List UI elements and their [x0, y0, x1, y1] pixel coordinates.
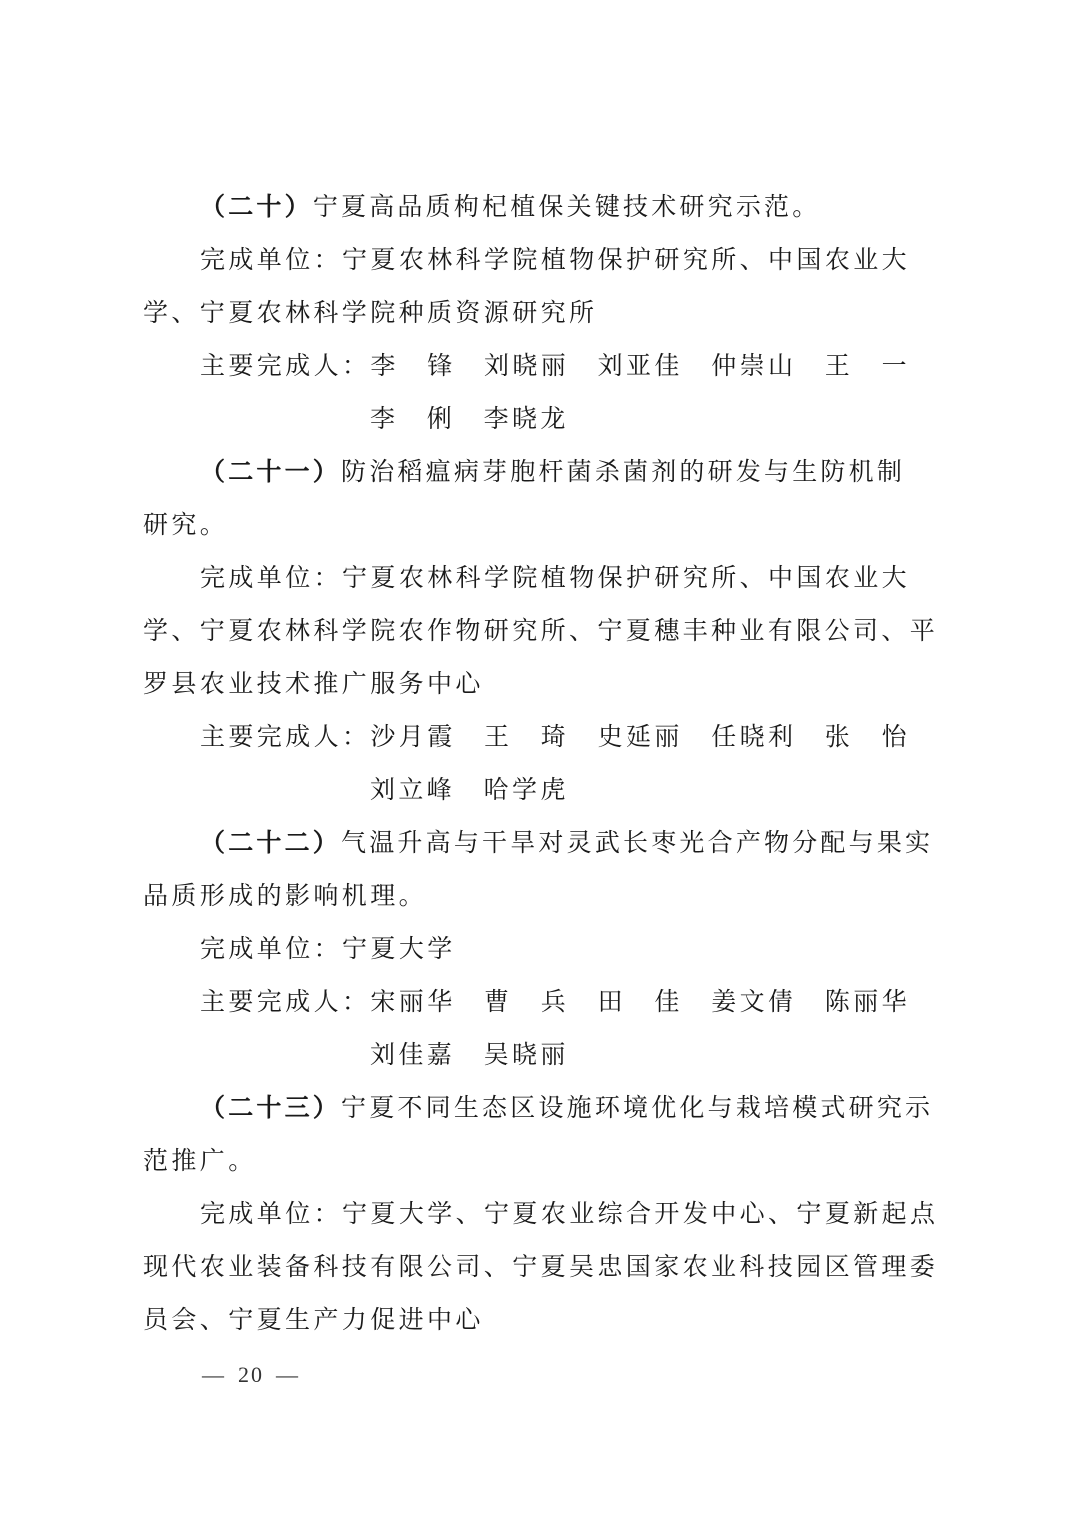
people-line: 主要完成人：沙月霞 王 琦 史延丽 任晓利 张 怡 [143, 710, 939, 763]
award-item-20: （二十）宁夏高品质枸杞植保关键技术研究示范。 完成单位：宁夏农林科学院植物保护研… [143, 180, 939, 445]
item-title: 宁夏高品质枸杞植保关键技术研究示范。 [313, 192, 821, 221]
item-title-continued: 品质形成的影响机理。 [143, 869, 939, 922]
people-line-continued: 刘佳嘉 吴晓丽 [143, 1028, 939, 1081]
item-number: （二十二） [200, 828, 341, 857]
people-names: 李 锋 刘晓丽 刘亚佳 仲崇山 王 一 [370, 351, 910, 380]
item-title-continued: 范推广。 [143, 1134, 939, 1187]
page-number-dash-right: — [276, 1360, 300, 1390]
people-label: 主要完成人： [200, 987, 370, 1016]
award-item-23: （二十三）宁夏不同生态区设施环境优化与栽培模式研究示 范推广。 完成单位：宁夏大… [143, 1081, 939, 1346]
units-text: 宁夏农林科学院植物保护研究所、中国农业大 [342, 563, 910, 592]
people-line: 主要完成人：宋丽华 曹 兵 田 佳 姜文倩 陈丽华 [143, 975, 939, 1028]
people-line: 主要完成人：李 锋 刘晓丽 刘亚佳 仲崇山 王 一 [143, 339, 939, 392]
units-line: 完成单位：宁夏大学 [143, 922, 939, 975]
item-title-continued: 研究。 [143, 498, 939, 551]
item-title: 宁夏不同生态区设施环境优化与栽培模式研究示 [341, 1093, 933, 1122]
people-names: 沙月霞 王 琦 史延丽 任晓利 张 怡 [370, 722, 910, 751]
units-label: 完成单位： [200, 934, 342, 963]
units-line-continued: 学、宁夏农林科学院种质资源研究所 [143, 286, 939, 339]
award-item-22: （二十二）气温升高与干旱对灵武长枣光合产物分配与果实 品质形成的影响机理。 完成… [143, 816, 939, 1081]
units-line: 完成单位：宁夏农林科学院植物保护研究所、中国农业大 [143, 233, 939, 286]
units-line-continued: 罗县农业技术推广服务中心 [143, 657, 939, 710]
item-title: 气温升高与干旱对灵武长枣光合产物分配与果实 [341, 828, 933, 857]
document-page: （二十）宁夏高品质枸杞植保关键技术研究示范。 完成单位：宁夏农林科学院植物保护研… [143, 180, 939, 1346]
people-line-continued: 李 俐 李晓龙 [143, 392, 939, 445]
units-line: 完成单位：宁夏农林科学院植物保护研究所、中国农业大 [143, 551, 939, 604]
units-label: 完成单位： [200, 245, 342, 274]
units-text: 宁夏大学、宁夏农业综合开发中心、宁夏新起点 [342, 1199, 938, 1228]
page-number-value: 20 [238, 1362, 264, 1387]
page-number: —20— [190, 1360, 312, 1390]
item-number: （二十） [200, 192, 313, 221]
item-number: （二十三） [200, 1093, 341, 1122]
units-line-continued: 员会、宁夏生产力促进中心 [143, 1293, 939, 1346]
people-names: 宋丽华 曹 兵 田 佳 姜文倩 陈丽华 [370, 987, 910, 1016]
units-text: 宁夏农林科学院植物保护研究所、中国农业大 [342, 245, 910, 274]
item-number: （二十一） [200, 457, 341, 486]
units-line: 完成单位：宁夏大学、宁夏农业综合开发中心、宁夏新起点 [143, 1187, 939, 1240]
units-line-continued: 学、宁夏农林科学院农作物研究所、宁夏穗丰种业有限公司、平 [143, 604, 939, 657]
units-line-continued: 现代农业装备科技有限公司、宁夏吴忠国家农业科技园区管理委 [143, 1240, 939, 1293]
people-label: 主要完成人： [200, 351, 370, 380]
page-number-dash-left: — [202, 1360, 226, 1390]
item-heading: （二十二）气温升高与干旱对灵武长枣光合产物分配与果实 [143, 816, 939, 869]
item-title: 防治稻瘟病芽胞杆菌杀菌剂的研发与生防机制 [341, 457, 905, 486]
item-heading: （二十三）宁夏不同生态区设施环境优化与栽培模式研究示 [143, 1081, 939, 1134]
units-text: 宁夏大学 [342, 934, 456, 963]
item-heading: （二十）宁夏高品质枸杞植保关键技术研究示范。 [143, 180, 939, 233]
people-line-continued: 刘立峰 哈学虎 [143, 763, 939, 816]
units-label: 完成单位： [200, 1199, 342, 1228]
units-label: 完成单位： [200, 563, 342, 592]
award-item-21: （二十一）防治稻瘟病芽胞杆菌杀菌剂的研发与生防机制 研究。 完成单位：宁夏农林科… [143, 445, 939, 816]
people-label: 主要完成人： [200, 722, 370, 751]
item-heading: （二十一）防治稻瘟病芽胞杆菌杀菌剂的研发与生防机制 [143, 445, 939, 498]
